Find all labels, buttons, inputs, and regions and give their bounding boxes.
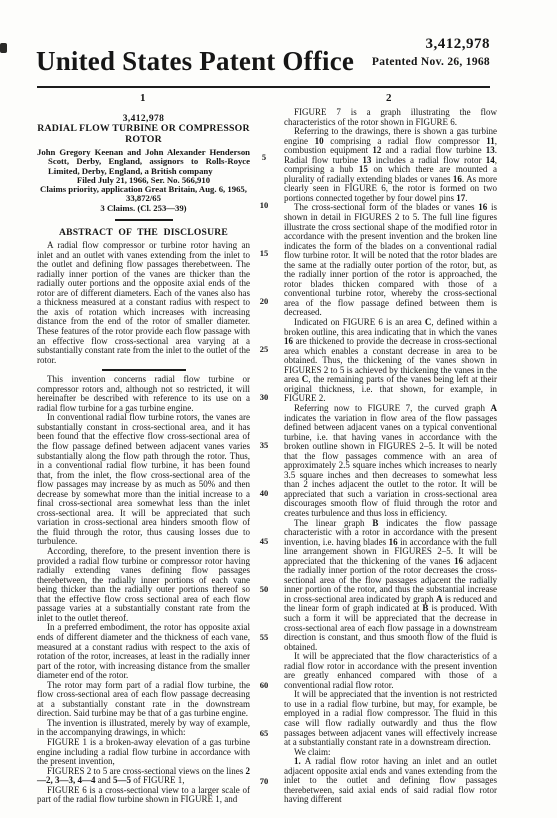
line-number: 60 — [254, 680, 274, 690]
body-paragraph: Referring to the drawings, there is show… — [284, 127, 497, 203]
body-paragraph: FIGURE 7 is a graph illustrating the flo… — [284, 108, 497, 127]
body-paragraph: In conventional radial flow turbine roto… — [37, 413, 250, 547]
line-number: 65 — [254, 728, 274, 738]
scan-artifact-mark — [0, 43, 7, 53]
header-patent-number: 3,412,978 — [300, 36, 490, 53]
inventors-assignee: John Gregory Keenan and John Alexander H… — [37, 148, 250, 176]
body-paragraph: The rotor may form part of a radial flow… — [37, 681, 250, 719]
body-paragraph: FIGURE 6 is a cross-sectional view to a … — [37, 786, 250, 805]
body-paragraph: The cross-sectional form of the blades o… — [284, 203, 497, 318]
line-number: 10 — [254, 200, 274, 210]
body-paragraph: According, therefore, to the present inv… — [37, 547, 250, 623]
body-paragraph: FIGURES 2 to 5 are cross-sectional views… — [37, 767, 250, 786]
line-number: 20 — [254, 296, 274, 306]
header-patented-date: Patented Nov. 26, 1968 — [300, 56, 490, 68]
invention-title-line2: ROTOR — [37, 135, 250, 146]
body-paragraph: Indicated on FIGURE 6 is an area C, defi… — [284, 318, 497, 404]
body-paragraph: In a preferred embodiment, the rotor has… — [37, 623, 250, 680]
line-number: 15 — [254, 248, 274, 258]
header-right-block: 3,412,978 Patented Nov. 26, 1968 — [300, 36, 490, 68]
column-number-right: 2 — [386, 92, 392, 104]
line-number: 45 — [254, 536, 274, 546]
body-paragraph: It will be appreciated that the flow cha… — [284, 652, 497, 690]
section-divider — [115, 219, 173, 221]
abstract-text: A radial flow compressor or turbine roto… — [37, 241, 250, 365]
left-column: 3,412,978 RADIAL FLOW TURBINE OR COMPRES… — [37, 114, 250, 805]
patent-document-page: United States Patent Office 3,412,978 Pa… — [0, 0, 557, 818]
column-number-left: 1 — [140, 92, 146, 104]
body-paragraph: FIGURE 1 is a broken-away elevation of a… — [37, 738, 250, 767]
claims-class-line: 3 Claims. (Cl. 253—39) — [37, 204, 250, 213]
line-number: 55 — [254, 632, 274, 642]
body-paragraph: The invention is illustrated, merely by … — [37, 719, 250, 738]
body-paragraph: The linear graph B indicates the flow pa… — [284, 519, 497, 653]
line-number: 35 — [254, 440, 274, 450]
line-number: 50 — [254, 584, 274, 594]
invention-title-line1: RADIAL FLOW TURBINE OR COMPRESSOR — [37, 124, 250, 135]
body-paragraph: This invention concerns radial flow turb… — [37, 375, 250, 413]
right-column: FIGURE 7 is a graph illustrating the flo… — [284, 108, 497, 805]
line-number: 30 — [254, 392, 274, 402]
line-number: 40 — [254, 488, 274, 498]
line-number: 25 — [254, 344, 274, 354]
body-paragraph: It will be appreciated that the inventio… — [284, 690, 497, 747]
claim-1: 1. A radial flow rotor having an inlet a… — [284, 757, 497, 805]
section-divider — [102, 369, 186, 371]
line-number: 70 — [254, 776, 274, 786]
line-number-gutter: 5 10 15 20 25 30 35 40 45 50 55 60 65 70 — [254, 0, 274, 818]
abstract-heading: ABSTRACT OF THE DISCLOSURE — [37, 227, 250, 238]
body-paragraph: Referring now to FIGURE 7, the curved gr… — [284, 404, 497, 519]
line-number: 5 — [254, 152, 274, 162]
